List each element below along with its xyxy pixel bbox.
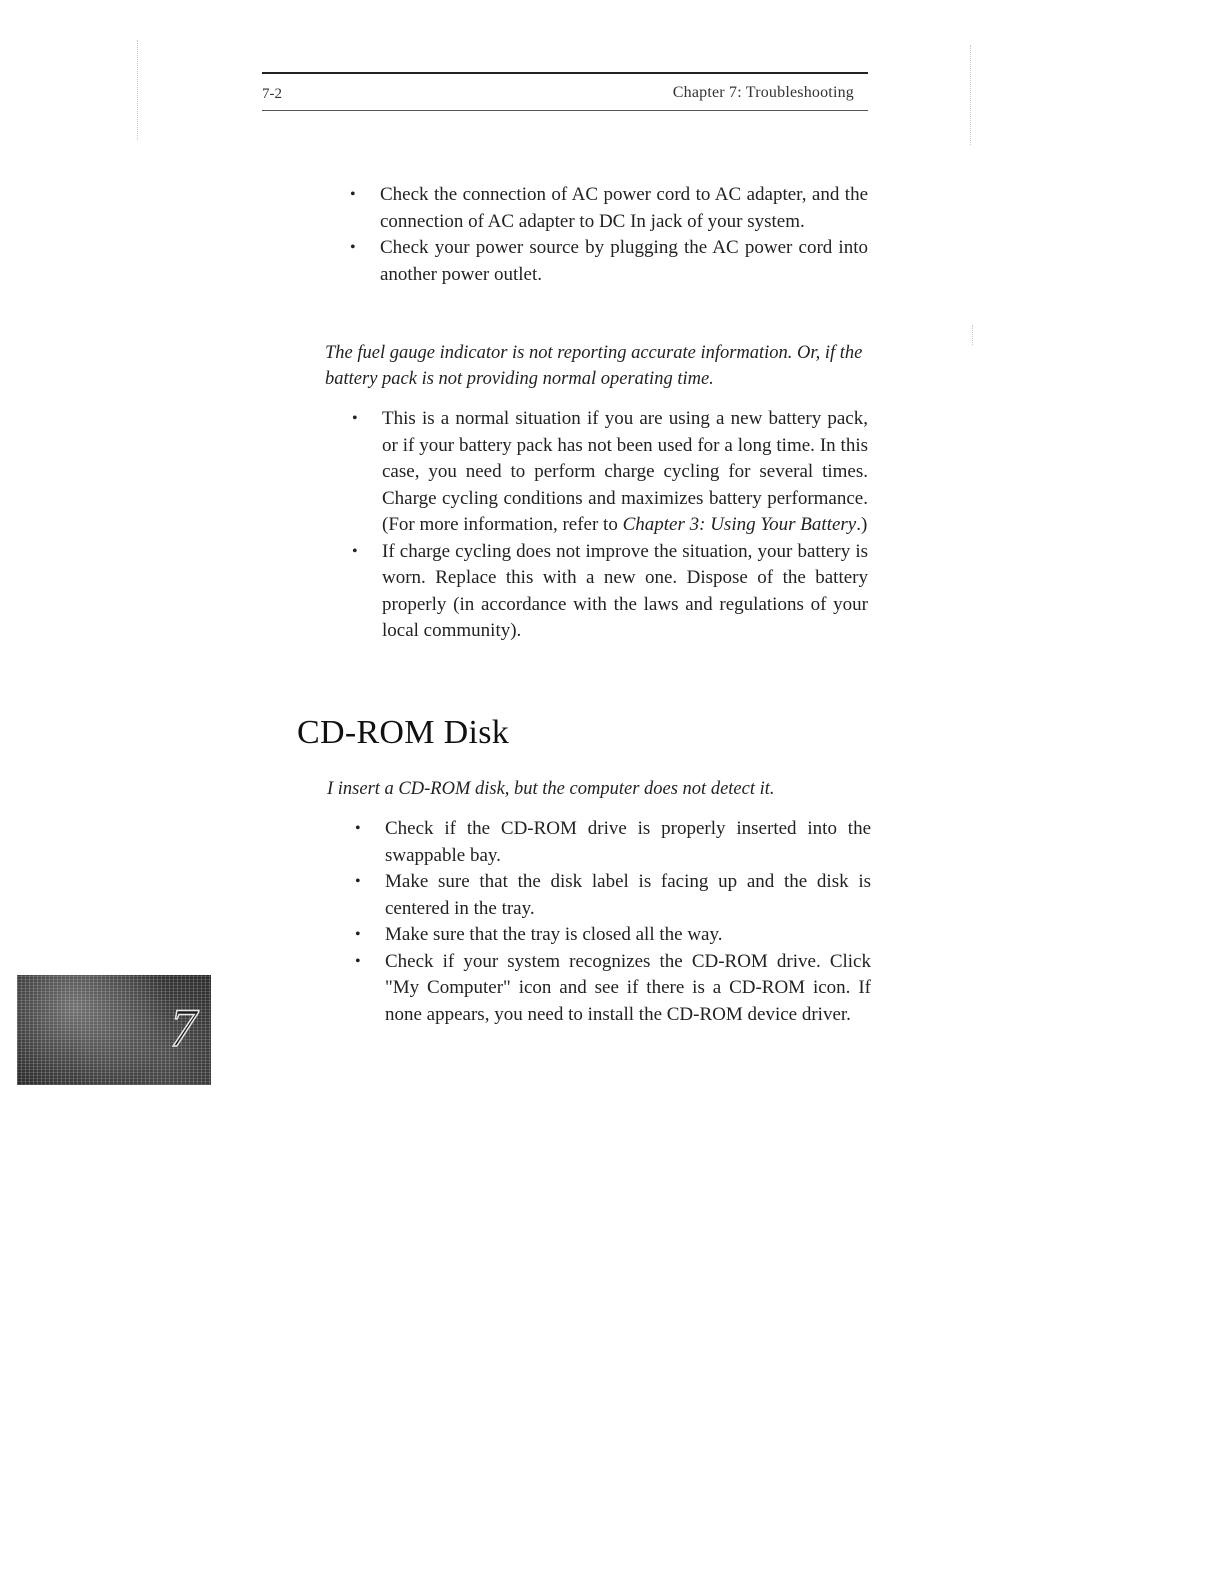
section-title: CD-ROM Disk <box>297 714 509 752</box>
chapter-title: Chapter 7: Troubleshooting <box>673 84 854 102</box>
list-item-text: Check if your system recognizes the CD-R… <box>385 951 871 1025</box>
list-item-text: If charge cycling does not improve the s… <box>382 541 868 642</box>
bullet-icon: • <box>355 949 361 976</box>
scan-artifact-right <box>970 45 972 145</box>
bullet-icon: • <box>350 182 356 209</box>
bullet-icon: • <box>355 816 361 843</box>
list-item-text: Check if the CD-ROM drive is properly in… <box>385 818 871 866</box>
bullet-icon: • <box>355 922 361 949</box>
list-item: • Check if the CD-ROM drive is properly … <box>355 816 871 869</box>
list-item: • Check the connection of AC power cord … <box>350 182 868 235</box>
list-item-text: Make sure that the tray is closed all th… <box>385 924 723 945</box>
running-header: 7-2 Chapter 7: Troubleshooting <box>262 72 868 111</box>
cdrom-solution-list: • Check if the CD-ROM drive is properly … <box>355 816 871 1028</box>
scan-artifact-left <box>137 40 139 140</box>
list-item: • Make sure that the disk label is facin… <box>355 869 871 922</box>
list-item: • This is a normal situation if you are … <box>352 406 868 539</box>
bullet-icon: • <box>352 406 358 433</box>
cdrom-problem-heading: I insert a CD-ROM disk, but the computer… <box>327 776 872 802</box>
fuel-gauge-problem-heading: The fuel gauge indicator is not reportin… <box>325 340 870 392</box>
list-item: • Check your power source by plugging th… <box>350 235 868 288</box>
bullet-icon: • <box>352 539 358 566</box>
chapter-thumb-tab: 7 <box>17 975 211 1085</box>
list-item-text-end: .) <box>856 514 867 535</box>
bullet-icon: • <box>355 869 361 896</box>
list-item-text: Make sure that the disk label is facing … <box>385 871 871 919</box>
power-check-list: • Check the connection of AC power cord … <box>350 182 868 288</box>
list-item: • Make sure that the tray is closed all … <box>355 922 871 949</box>
page-number: 7-2 <box>262 86 282 103</box>
chapter-tab-number: 7 <box>170 997 197 1059</box>
list-item-text: Check the connection of AC power cord to… <box>380 184 868 232</box>
list-item-text: Check your power source by plugging the … <box>380 237 868 285</box>
bullet-icon: • <box>350 235 356 262</box>
list-item: • If charge cycling does not improve the… <box>352 539 868 645</box>
list-item: • Check if your system recognizes the CD… <box>355 949 871 1029</box>
scan-artifact-right-2 <box>972 325 974 345</box>
fuel-gauge-solution-list: • This is a normal situation if you are … <box>352 406 868 645</box>
chapter-reference: Chapter 3: Using Your Battery <box>623 514 857 535</box>
